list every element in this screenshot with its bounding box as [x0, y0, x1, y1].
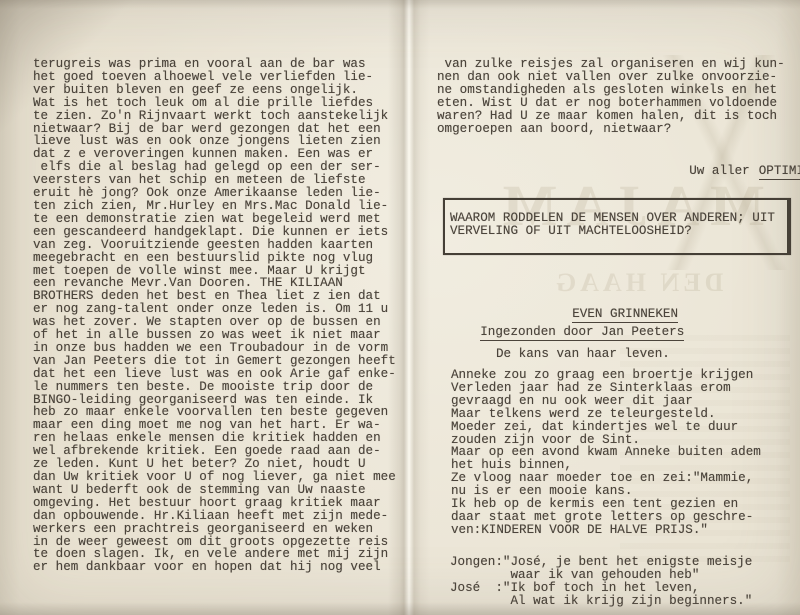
section-subheading: Ingezonden door Jan Peeters — [450, 313, 684, 352]
question-box: WAAROM RODDELEN DE MENSEN OVER ANDEREN; … — [443, 198, 791, 255]
scan-edge-top — [0, 0, 800, 9]
left-column-text: terugreis was prima en vooral aan de bar… — [33, 58, 405, 574]
right-column-opening-paragraph: van zulke reisjes zal organiseren en wij… — [437, 58, 787, 135]
signature-line: Uw allerOPTIMIST — [659, 152, 800, 191]
question-box-text: WAAROM RODDELEN DE MENSEN OVER ANDEREN; … — [450, 212, 775, 238]
signature-prefix: Uw aller — [689, 164, 749, 178]
scanned-newsletter-page: MAJAM DEN HAAG terugreis was prima en vo… — [0, 0, 800, 615]
section-subheading-text: Ingezonden door Jan Peeters — [480, 325, 684, 342]
joke-dialogue: Jongen:"José, je bent het enigste meisje… — [450, 556, 752, 608]
bleedthrough-stamp-small: DEN HAAG — [552, 268, 723, 298]
story-title: De kans van haar leven. — [496, 348, 670, 361]
signature-name: OPTIMIST — [759, 164, 800, 181]
story-body: Anneke zou zo graag een broertje krijgen… — [451, 369, 761, 537]
